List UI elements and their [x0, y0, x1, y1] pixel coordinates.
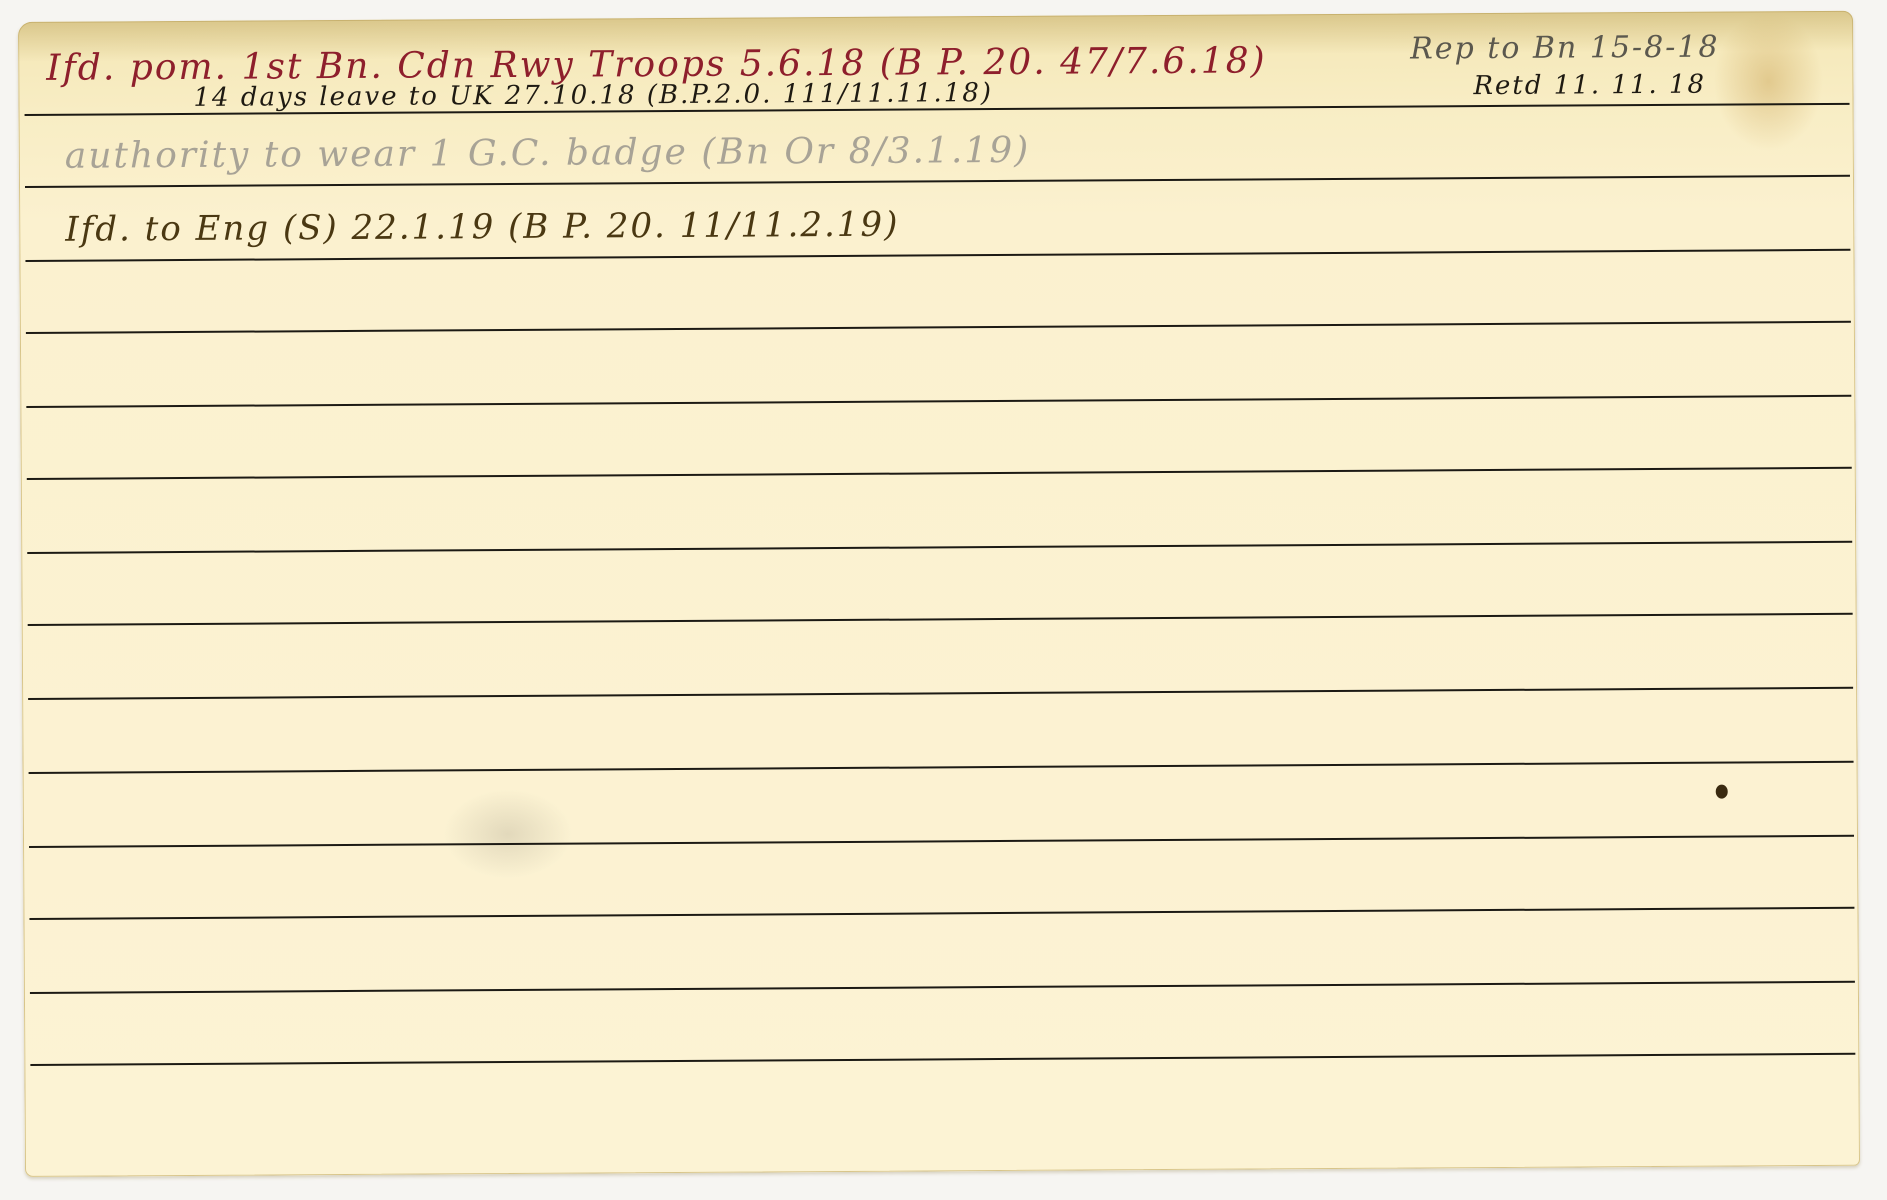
ruled-line [29, 907, 1854, 920]
entry-returned: Retd 11. 11. 18 [1473, 70, 1706, 101]
entry-badge-authority: authority to wear 1 G.C. badge (Bn Or 8/… [65, 130, 1031, 177]
ruled-line [29, 835, 1854, 848]
ruled-line [28, 687, 1853, 700]
ruled-line [30, 1053, 1855, 1066]
ink-spot [1716, 785, 1728, 799]
entry-reported: Rep to Bn 15-8-18 [1410, 30, 1720, 67]
ruled-line [30, 981, 1855, 994]
ruled-line [26, 321, 1851, 334]
ruled-line [29, 761, 1854, 774]
ruled-line [28, 613, 1853, 626]
stain [1713, 11, 1824, 152]
ruled-line [25, 175, 1850, 188]
entry-transfer-england: Ifd. to Eng (S) 22.1.19 (B P. 20. 11/11.… [65, 205, 899, 250]
record-card: Ifd. pom. 1st Bn. Cdn Rwy Troops 5.6.18 … [18, 11, 1860, 1177]
smudge [443, 789, 574, 880]
ruled-line [27, 467, 1852, 480]
ruled-line [25, 249, 1850, 262]
ruled-line [26, 395, 1851, 408]
entry-leave: 14 days leave to UK 27.10.18 (B.P.2.0. 1… [193, 78, 993, 113]
ruled-line [27, 541, 1852, 554]
